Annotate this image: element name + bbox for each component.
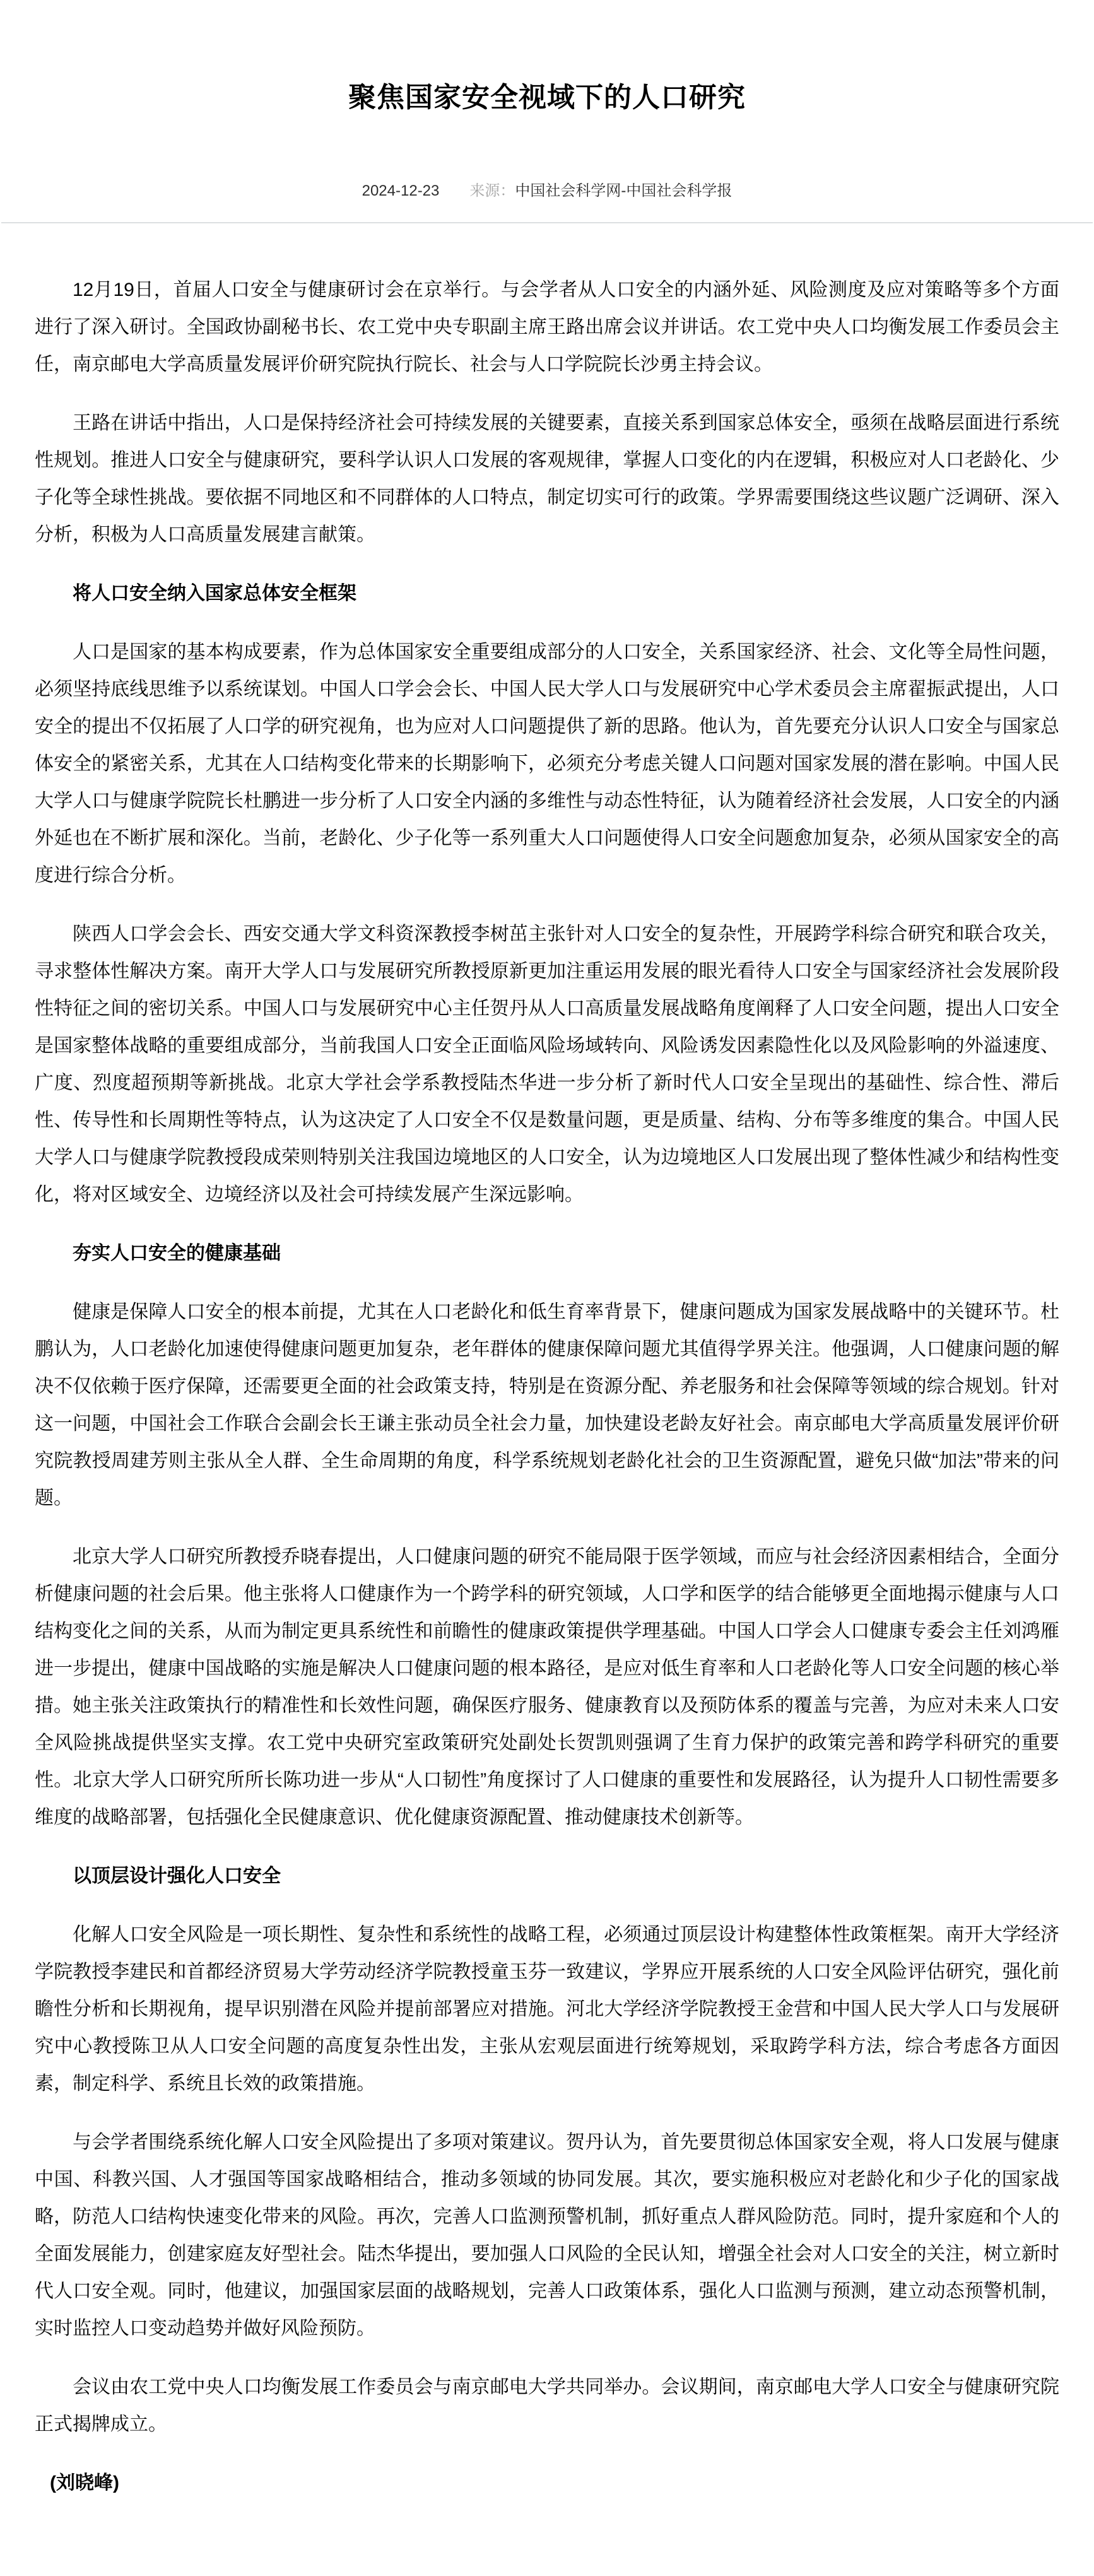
paragraph: 北京大学人口研究所教授乔晓春提出，人口健康问题的研究不能局限于医学领域，而应与社… [35, 1538, 1059, 1836]
paragraph: 陕西人口学会会长、西安交通大学文科资深教授李树茁主张针对人口安全的复杂性，开展跨… [35, 915, 1059, 1213]
article-meta: 2024-12-23来源：中国社会科学网-中国社会科学报 [0, 180, 1094, 202]
source-name: 中国社会科学网-中国社会科学报 [515, 182, 732, 199]
page-title: 聚焦国家安全视域下的人口研究 [0, 78, 1094, 117]
section-heading: 将人口安全纳入国家总体安全框架 [35, 575, 1059, 612]
article-body: 12月19日，首届人口安全与健康研讨会在京举行。与会学者从人口安全的内涵外延、风… [0, 223, 1094, 2576]
paragraph: 人口是国家的基本构成要素，作为总体国家安全重要组成部分的人口安全，关系国家经济、… [35, 633, 1059, 894]
paragraph: 健康是保障人口安全的根本前提，尤其在人口老龄化和低生育率背景下，健康问题成为国家… [35, 1293, 1059, 1517]
paragraph: 12月19日，首届人口安全与健康研讨会在京举行。与会学者从人口安全的内涵外延、风… [35, 271, 1059, 383]
paragraph: 与会学者围绕系统化解人口安全风险提出了多项对策建议。贺丹认为，首先要贯彻总体国家… [35, 2124, 1059, 2347]
section-heading: 夯实人口安全的健康基础 [35, 1235, 1059, 1272]
paragraph: 王路在讲话中指出，人口是保持经济社会可持续发展的关键要素，直接关系到国家总体安全… [35, 404, 1059, 553]
article-page: 聚焦国家安全视域下的人口研究 2024-12-23来源：中国社会科学网-中国社会… [0, 0, 1094, 2576]
source-label: 来源： [469, 182, 515, 199]
author-byline: (刘晓峰) [35, 2464, 1059, 2502]
publish-date: 2024-12-23 [362, 182, 440, 199]
paragraph: 化解人口安全风险是一项长期性、复杂性和系统性的战略工程，必须通过顶层设计构建整体… [35, 1916, 1059, 2102]
paragraph: 会议由农工党中央人口均衡发展工作委员会与南京邮电大学共同举办。会议期间，南京邮电… [35, 2368, 1059, 2443]
section-heading: 以顶层设计强化人口安全 [35, 1857, 1059, 1895]
